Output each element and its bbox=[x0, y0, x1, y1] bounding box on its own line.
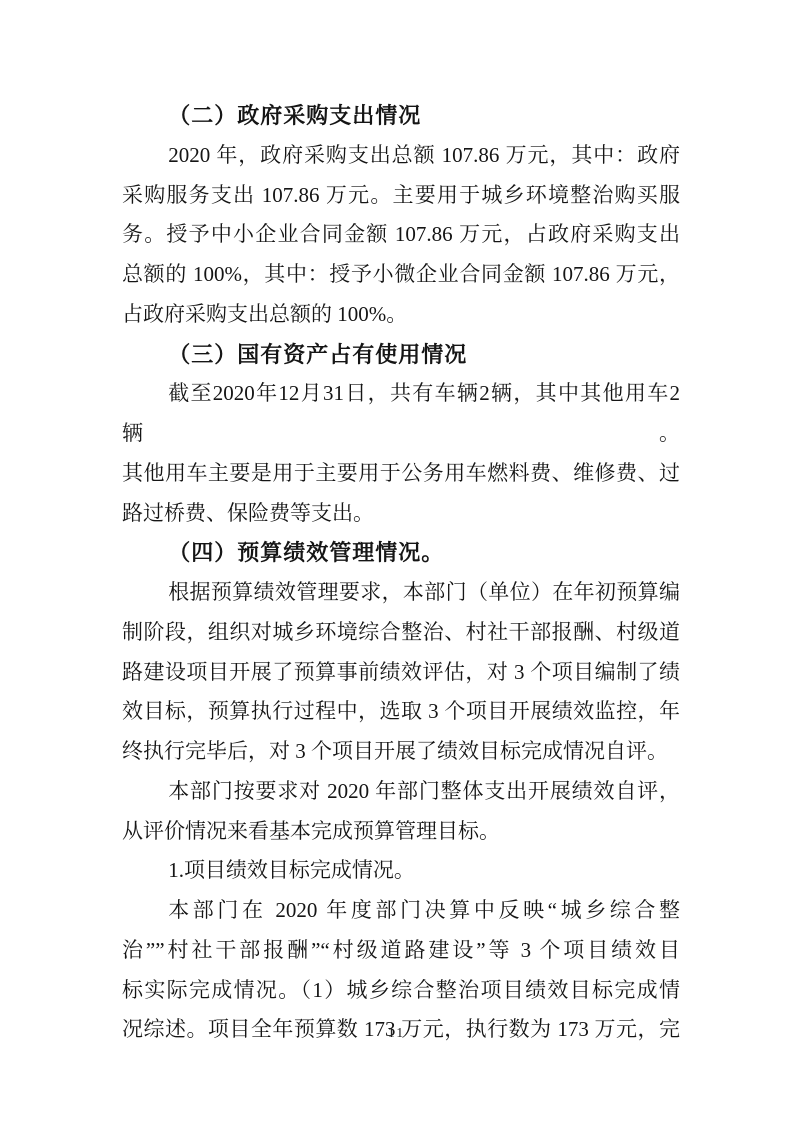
section-heading-4: （四）预算绩效管理情况。 bbox=[122, 533, 680, 573]
document-page: （二）政府采购支出情况 2020 年，政府采购支出总额 107.86 万元，其中… bbox=[0, 0, 793, 1122]
text-line: 效目标，预算执行过程中，选取 3 个项目开展绩效监控，年 bbox=[122, 692, 680, 732]
text-line: 占政府采购支出总额的 100%。 bbox=[122, 295, 680, 335]
text-line: 截至2020年12月31日，共有车辆2辆，其中其他用车2辆。 bbox=[122, 374, 680, 454]
text-line: 其他用车主要是用于主要用于公务用车燃料费、维修费、过 bbox=[122, 454, 680, 494]
page-number: 11 bbox=[0, 1026, 793, 1042]
text-line: 路过桥费、保险费等支出。 bbox=[122, 494, 680, 534]
section-heading-3: （三）国有资产占有使用情况 bbox=[122, 335, 680, 375]
text-line: 本部门在 2020 年度部门决算中反映“城乡综合整 bbox=[122, 891, 680, 931]
text-line: 本部门按要求对 2020 年部门整体支出开展绩效自评， bbox=[122, 772, 680, 812]
text-line: 终执行完毕后，对 3 个项目开展了绩效目标完成情况自评。 bbox=[122, 732, 680, 772]
text-line: 根据预算绩效管理要求，本部门（单位）在年初预算编 bbox=[122, 573, 680, 613]
text-line: 采购服务支出 107.86 万元。主要用于城乡环境整治购买服 bbox=[122, 176, 680, 216]
text-line: 2020 年，政府采购支出总额 107.86 万元，其中：政府 bbox=[122, 136, 680, 176]
text-line: 从评价情况来看基本完成预算管理目标。 bbox=[122, 812, 680, 852]
list-item-heading: 1.项目绩效目标完成情况。 bbox=[122, 851, 680, 891]
text-line: 总额的 100%，其中：授予小微企业合同金额 107.86 万元， bbox=[122, 255, 680, 295]
page-content: （二）政府采购支出情况 2020 年，政府采购支出总额 107.86 万元，其中… bbox=[122, 96, 680, 1050]
text-line: 治””村社干部报酬”“村级道路建设”等 3 个项目绩效目 bbox=[122, 931, 680, 971]
text-line: 制阶段，组织对城乡环境综合整治、村社干部报酬、村级道 bbox=[122, 613, 680, 653]
section-heading-2: （二）政府采购支出情况 bbox=[122, 96, 680, 136]
text-line: 务。授予中小企业合同金额 107.86 万元，占政府采购支出 bbox=[122, 215, 680, 255]
text-line: 标实际完成情况。（1）城乡综合整治项目绩效目标完成情 bbox=[122, 971, 680, 1011]
text-line: 路建设项目开展了预算事前绩效评估，对 3 个项目编制了绩 bbox=[122, 653, 680, 693]
